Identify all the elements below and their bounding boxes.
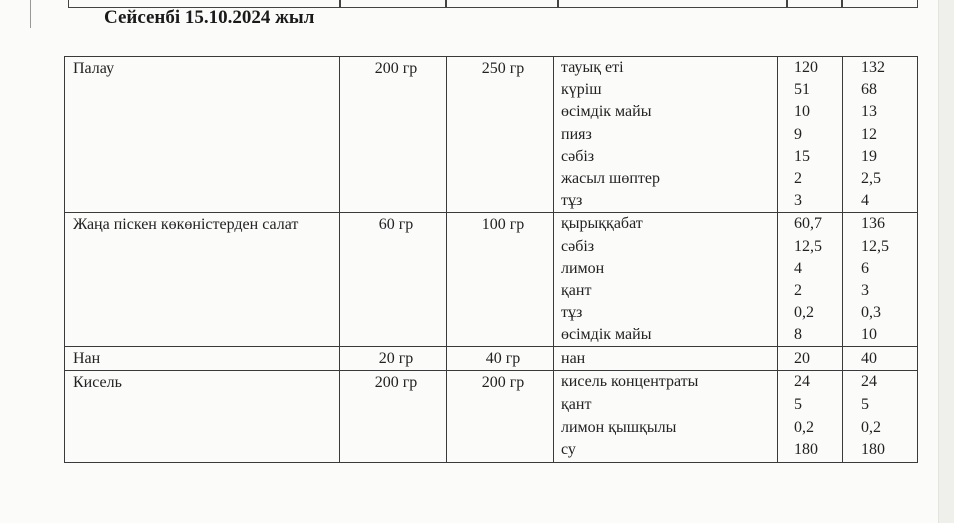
ingredient-amount-2: 40 (861, 347, 917, 370)
ingredient-amount-2: 13 (861, 101, 917, 123)
ingredient-list: нан (554, 347, 778, 371)
ingredient-name: тауық еті (561, 57, 777, 79)
dish-name: Палау (65, 57, 340, 213)
page-heading-date: Сейсенбі 15.10.2024 жыл (104, 7, 314, 29)
ingredient-amount-2: 6 (861, 258, 917, 280)
ingredient-list: тауық етікүрішөсімдік майыпиязсәбізжасыл… (554, 57, 778, 213)
ingredient-amount-2-list: 13612,5630,310 (843, 213, 918, 347)
ingredient-amount-2: 0,2 (861, 417, 917, 440)
ingredient-name: қант (561, 280, 777, 302)
ingredient-amount-1: 15 (794, 146, 842, 168)
ingredient-name: лимон қышқылы (561, 417, 777, 440)
dish-row: Жаңа піскен көкөністерден салат60 гр100 … (65, 213, 918, 347)
ingredient-name: жасыл шөптер (561, 168, 777, 190)
ingredient-amount-1: 9 (794, 124, 842, 146)
ingredient-name: өсімдік майы (561, 101, 777, 123)
ingredient-amount-1: 2 (794, 280, 842, 302)
ingredient-amount-1-list: 20 (778, 347, 843, 371)
ingredient-amount-2: 10 (861, 324, 917, 346)
dish-name: Кисель (65, 371, 340, 462)
ingredient-amount-1: 10 (794, 101, 842, 123)
ingredient-amount-2: 0,3 (861, 302, 917, 324)
ingredient-amount-2: 132 (861, 57, 917, 79)
ingredient-name: тұз (561, 302, 777, 324)
dish-row: Нан20 гр40 грнан2040 (65, 347, 918, 371)
ingredient-amount-2: 180 (861, 439, 917, 462)
ingredient-list: кисель концентратықантлимон қышқылысу (554, 371, 778, 462)
ingredient-amount-1-list: 2450,2180 (778, 371, 843, 462)
ingredient-amount-2-list: 132681312192,54 (843, 57, 918, 213)
margin-mark (30, 0, 31, 28)
ingredient-name: су (561, 439, 777, 462)
ingredient-amount-2: 4 (861, 190, 917, 212)
ingredient-name: қырыққабат (561, 213, 777, 235)
ingredient-name: кисель концентраты (561, 371, 777, 394)
ingredient-name: тұз (561, 190, 777, 212)
ingredient-name: сәбіз (561, 146, 777, 168)
ingredient-amount-1: 3 (794, 190, 842, 212)
ingredient-amount-1: 20 (794, 347, 842, 370)
dish-weight-2: 100 гр (447, 213, 554, 347)
ingredient-amount-1: 8 (794, 324, 842, 346)
dish-row: Кисель200 гр200 гркисель концентратықант… (65, 371, 918, 462)
dish-name: Нан (65, 347, 340, 371)
dish-weight-1: 200 гр (340, 57, 447, 213)
dish-weight-1: 200 гр (340, 371, 447, 462)
ingredient-amount-2: 24 (861, 371, 917, 394)
ingredient-name: өсімдік майы (561, 324, 777, 346)
ingredient-amount-1: 0,2 (794, 302, 842, 324)
ingredient-name: күріш (561, 79, 777, 101)
dish-weight-1: 60 гр (340, 213, 447, 347)
ingredient-amount-2: 19 (861, 146, 917, 168)
ingredient-amount-2: 136 (861, 213, 917, 235)
ingredient-amount-1: 180 (794, 439, 842, 462)
ingredient-amount-2: 2,5 (861, 168, 917, 190)
ingredient-amount-1: 2 (794, 168, 842, 190)
ingredient-amount-1-list: 120511091523 (778, 57, 843, 213)
ingredient-amount-1: 120 (794, 57, 842, 79)
ingredient-amount-2-list: 2450,2180 (843, 371, 918, 462)
ingredient-amount-1: 4 (794, 258, 842, 280)
ingredient-name: пияз (561, 124, 777, 146)
ingredient-amount-2: 68 (861, 79, 917, 101)
ingredient-name: қант (561, 394, 777, 417)
ingredient-amount-1: 60,7 (794, 213, 842, 235)
dish-weight-2: 250 гр (447, 57, 554, 213)
ingredient-amount-2: 3 (861, 280, 917, 302)
ingredient-name: сәбіз (561, 236, 777, 258)
ingredient-amount-2: 5 (861, 394, 917, 417)
ingredient-amount-2: 12 (861, 124, 917, 146)
ingredient-amount-1: 5 (794, 394, 842, 417)
ingredient-amount-1: 24 (794, 371, 842, 394)
ingredient-amount-1: 51 (794, 79, 842, 101)
ingredient-amount-1-list: 60,712,5420,28 (778, 213, 843, 347)
dish-name: Жаңа піскен көкөністерден салат (65, 213, 340, 347)
page-edge (938, 0, 954, 523)
ingredient-name: лимон (561, 258, 777, 280)
dish-weight-2: 40 гр (447, 347, 554, 371)
ingredient-amount-1: 12,5 (794, 236, 842, 258)
menu-table: Палау200 гр250 гртауық етікүрішөсімдік м… (64, 56, 918, 463)
ingredient-amount-2: 12,5 (861, 236, 917, 258)
dish-weight-2: 200 гр (447, 371, 554, 462)
dish-row: Палау200 гр250 гртауық етікүрішөсімдік м… (65, 57, 918, 213)
dish-weight-1: 20 гр (340, 347, 447, 371)
ingredient-name: нан (561, 347, 777, 370)
ingredient-amount-1: 0,2 (794, 417, 842, 440)
ingredient-list: қырыққабатсәбізлимонқанттұзөсімдік майы (554, 213, 778, 347)
ingredient-amount-2-list: 40 (843, 347, 918, 371)
